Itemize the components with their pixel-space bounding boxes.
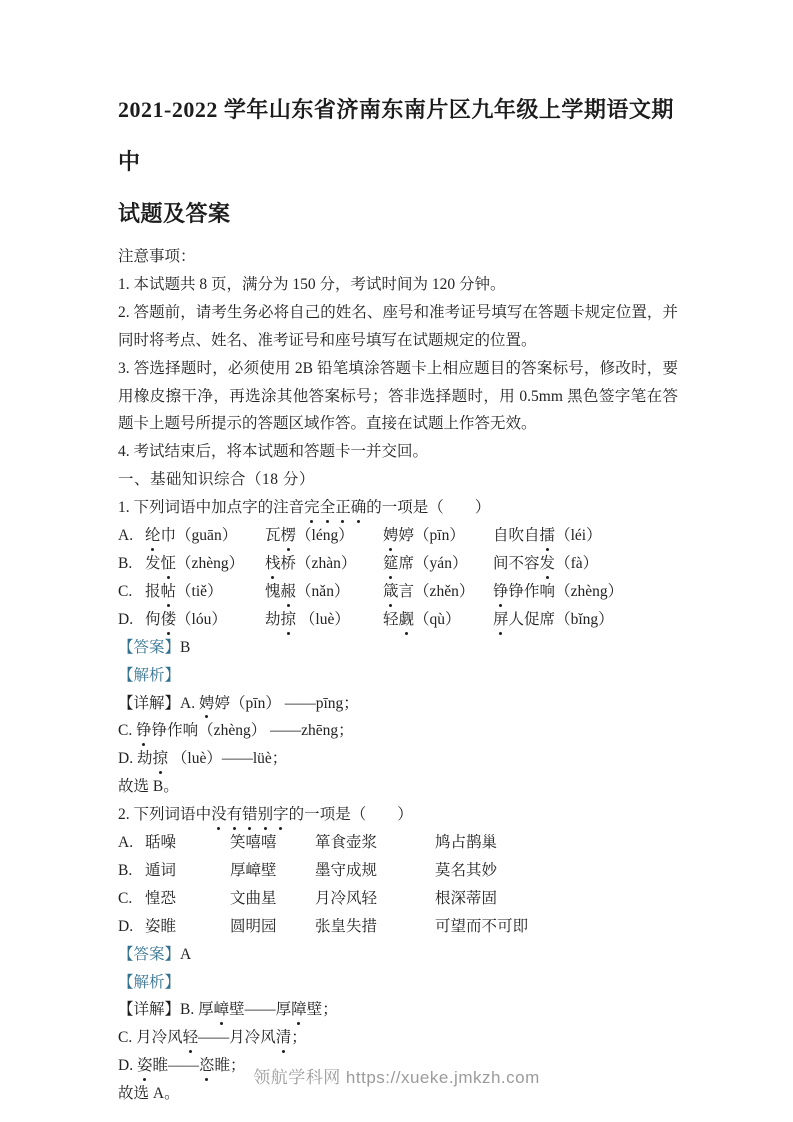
detail-text: B. 厚嶂壁——厚障壁； [180, 1001, 338, 1018]
question-1-analysis-line: 【解析】 [118, 662, 678, 690]
option-cell: 圆明园 [230, 913, 315, 941]
option-cell: 张皇失措 [315, 913, 435, 941]
option-label: B. [118, 857, 145, 885]
document-body: 注意事项： 1. 本试题共 8 页，满分为 150 分，考试时间为 120 分钟… [118, 243, 678, 1108]
document-title: 2021-2022 学年山东省济南东南片区九年级上学期语文期中试题及答案 [118, 84, 678, 240]
option-cell: 筵席（yán） [383, 550, 493, 578]
question-1-option-row-d: D. 佝偻（lóu） 劫掠 （luè） 轻觑（qù） 屏人促席（bǐng） [118, 606, 678, 634]
detail-label: 【详解】 [118, 695, 180, 712]
option-cell: 轻觑（qù） [383, 606, 493, 634]
option-cell: 发怔（zhèng） [145, 550, 265, 578]
notice-heading: 注意事项： [118, 243, 678, 271]
document-content: 2021-2022 学年山东省济南东南片区九年级上学期语文期中试题及答案 注意事… [118, 84, 678, 1108]
option-cell: 屏人促席（bǐng） [493, 606, 678, 634]
option-cell: 愧赧（nǎn） [265, 578, 383, 606]
question-1-detail-line: 故选 B。 [118, 773, 678, 801]
option-cell: 莫名其妙 [435, 857, 678, 885]
answer-label: 【答案】 [118, 639, 180, 656]
option-cell: 惶恐 [145, 885, 230, 913]
question-2-option-row-d: D. 姿睢 圆明园 张皇失措 可望而不可即 [118, 913, 678, 941]
question-2-detail-line: C. 月冷风轻——月冷风清； [118, 1024, 678, 1052]
option-cell: 墨守成规 [315, 857, 435, 885]
detail-text: A. 娉婷（pīn） ——pīng； [180, 695, 359, 712]
section-heading: 一、基础知识综合（18 分） [118, 466, 678, 494]
question-1-answer-line: 【答案】B [118, 634, 678, 662]
question-2-stem: 2. 下列词语中没有错别字的一项是（ ） [118, 801, 678, 829]
detail-label: 【详解】 [118, 1001, 180, 1018]
option-cell: 纶巾（guān） [145, 522, 265, 550]
option-label: B. [118, 550, 145, 578]
option-cell: 铮铮作响（zhèng） [493, 578, 678, 606]
answer-value: B [180, 639, 190, 656]
option-cell: 栈桥（zhàn） [265, 550, 383, 578]
option-label: D. [118, 913, 145, 941]
notice-item-3: 3. 答选择题时，必须使用 2B 铅笔填涂答题卡上相应题目的答案标号，修改时，要… [118, 355, 678, 439]
question-1-option-row-b: B. 发怔（zhèng） 栈桥（zhàn） 筵席（yán） 间不容发（fà） [118, 550, 678, 578]
answer-label: 【答案】 [118, 946, 180, 963]
option-cell: 娉婷（pīn） [383, 522, 493, 550]
detail-text: 故选 B。 [118, 778, 179, 795]
option-cell: 笑嘻嘻 [230, 829, 315, 857]
option-cell: 报帖（tiě） [145, 578, 265, 606]
question-1-option-row-c: C. 报帖（tiě） 愧赧（nǎn） 箴言（zhěn） 铮铮作响（zhèng） [118, 578, 678, 606]
option-cell: 佝偻（lóu） [145, 606, 265, 634]
notice-item-2: 2. 答题前，请考生务必将自己的姓名、座号和准考证号填写在答题卡规定位置，并同时… [118, 299, 678, 355]
option-label: A. [118, 522, 145, 550]
option-cell: 遁词 [145, 857, 230, 885]
question-1-stem: 1. 下列词语中加点字的注音完全正确的一项是（ ） [118, 494, 678, 522]
option-cell: 箪食壶浆 [315, 829, 435, 857]
question-1-detail-line: C. 铮铮作响（zhèng） ——zhēng； [118, 717, 678, 745]
option-cell: 瓦楞（léng） [265, 522, 383, 550]
option-cell: 箴言（zhěn） [383, 578, 493, 606]
question-1-detail-line: D. 劫掠 （luè）——lüè； [118, 745, 678, 773]
question-1-detail-line: 【详解】A. 娉婷（pīn） ——pīng； [118, 690, 678, 718]
option-label: C. [118, 885, 145, 913]
exam-document-page: 2021-2022 学年山东省济南东南片区九年级上学期语文期中试题及答案 注意事… [0, 0, 793, 1122]
option-cell: 劫掠 （luè） [265, 606, 383, 634]
option-cell: 自吹自擂（léi） [493, 522, 678, 550]
option-cell: 月冷风轻 [315, 885, 435, 913]
analysis-label: 【解析】 [118, 667, 180, 684]
option-label: C. [118, 578, 145, 606]
question-1-option-row-a: A. 纶巾（guān） 瓦楞（léng） 娉婷（pīn） 自吹自擂（léi） [118, 522, 678, 550]
option-cell: 间不容发（fà） [493, 550, 678, 578]
detail-text: C. 铮铮作响（zhèng） ——zhēng； [118, 722, 354, 739]
question-2-analysis-line: 【解析】 [118, 969, 678, 997]
notice-item-1: 1. 本试题共 8 页，满分为 150 分，考试时间为 120 分钟。 [118, 271, 678, 299]
notice-item-4: 4. 考试结束后，将本试题和答题卡一并交回。 [118, 438, 678, 466]
question-2-detail-line: 【详解】B. 厚嶂壁——厚障壁； [118, 996, 678, 1024]
option-cell: 姿睢 [145, 913, 230, 941]
option-label: D. [118, 606, 145, 634]
document-title-line1: 2021-2022 学年山东省济南东南片区九年级上学期语文期中 [118, 97, 674, 174]
analysis-label: 【解析】 [118, 974, 180, 991]
question-2-option-row-b: B. 遁词 厚嶂壁 墨守成规 莫名其妙 [118, 857, 678, 885]
question-2-option-row-a: A. 聒噪 笑嘻嘻 箪食壶浆 鸠占鹊巢 [118, 829, 678, 857]
option-cell: 厚嶂壁 [230, 857, 315, 885]
detail-text: D. 劫掠 （luè）——lüè； [118, 750, 287, 767]
option-cell: 根深蒂固 [435, 885, 678, 913]
document-title-line2: 试题及答案 [118, 201, 231, 226]
option-cell: 文曲星 [230, 885, 315, 913]
answer-value: A [180, 946, 191, 963]
question-2-answer-line: 【答案】A [118, 941, 678, 969]
option-cell: 聒噪 [145, 829, 230, 857]
option-label: A. [118, 829, 145, 857]
option-cell: 鸠占鹊巢 [435, 829, 678, 857]
footer-watermark: 领航学科网 https://xueke.jmkzh.com [0, 1063, 793, 1088]
option-cell: 可望而不可即 [435, 913, 678, 941]
detail-text: C. 月冷风轻——月冷风清； [118, 1029, 307, 1046]
question-2-option-row-c: C. 惶恐 文曲星 月冷风轻 根深蒂固 [118, 885, 678, 913]
